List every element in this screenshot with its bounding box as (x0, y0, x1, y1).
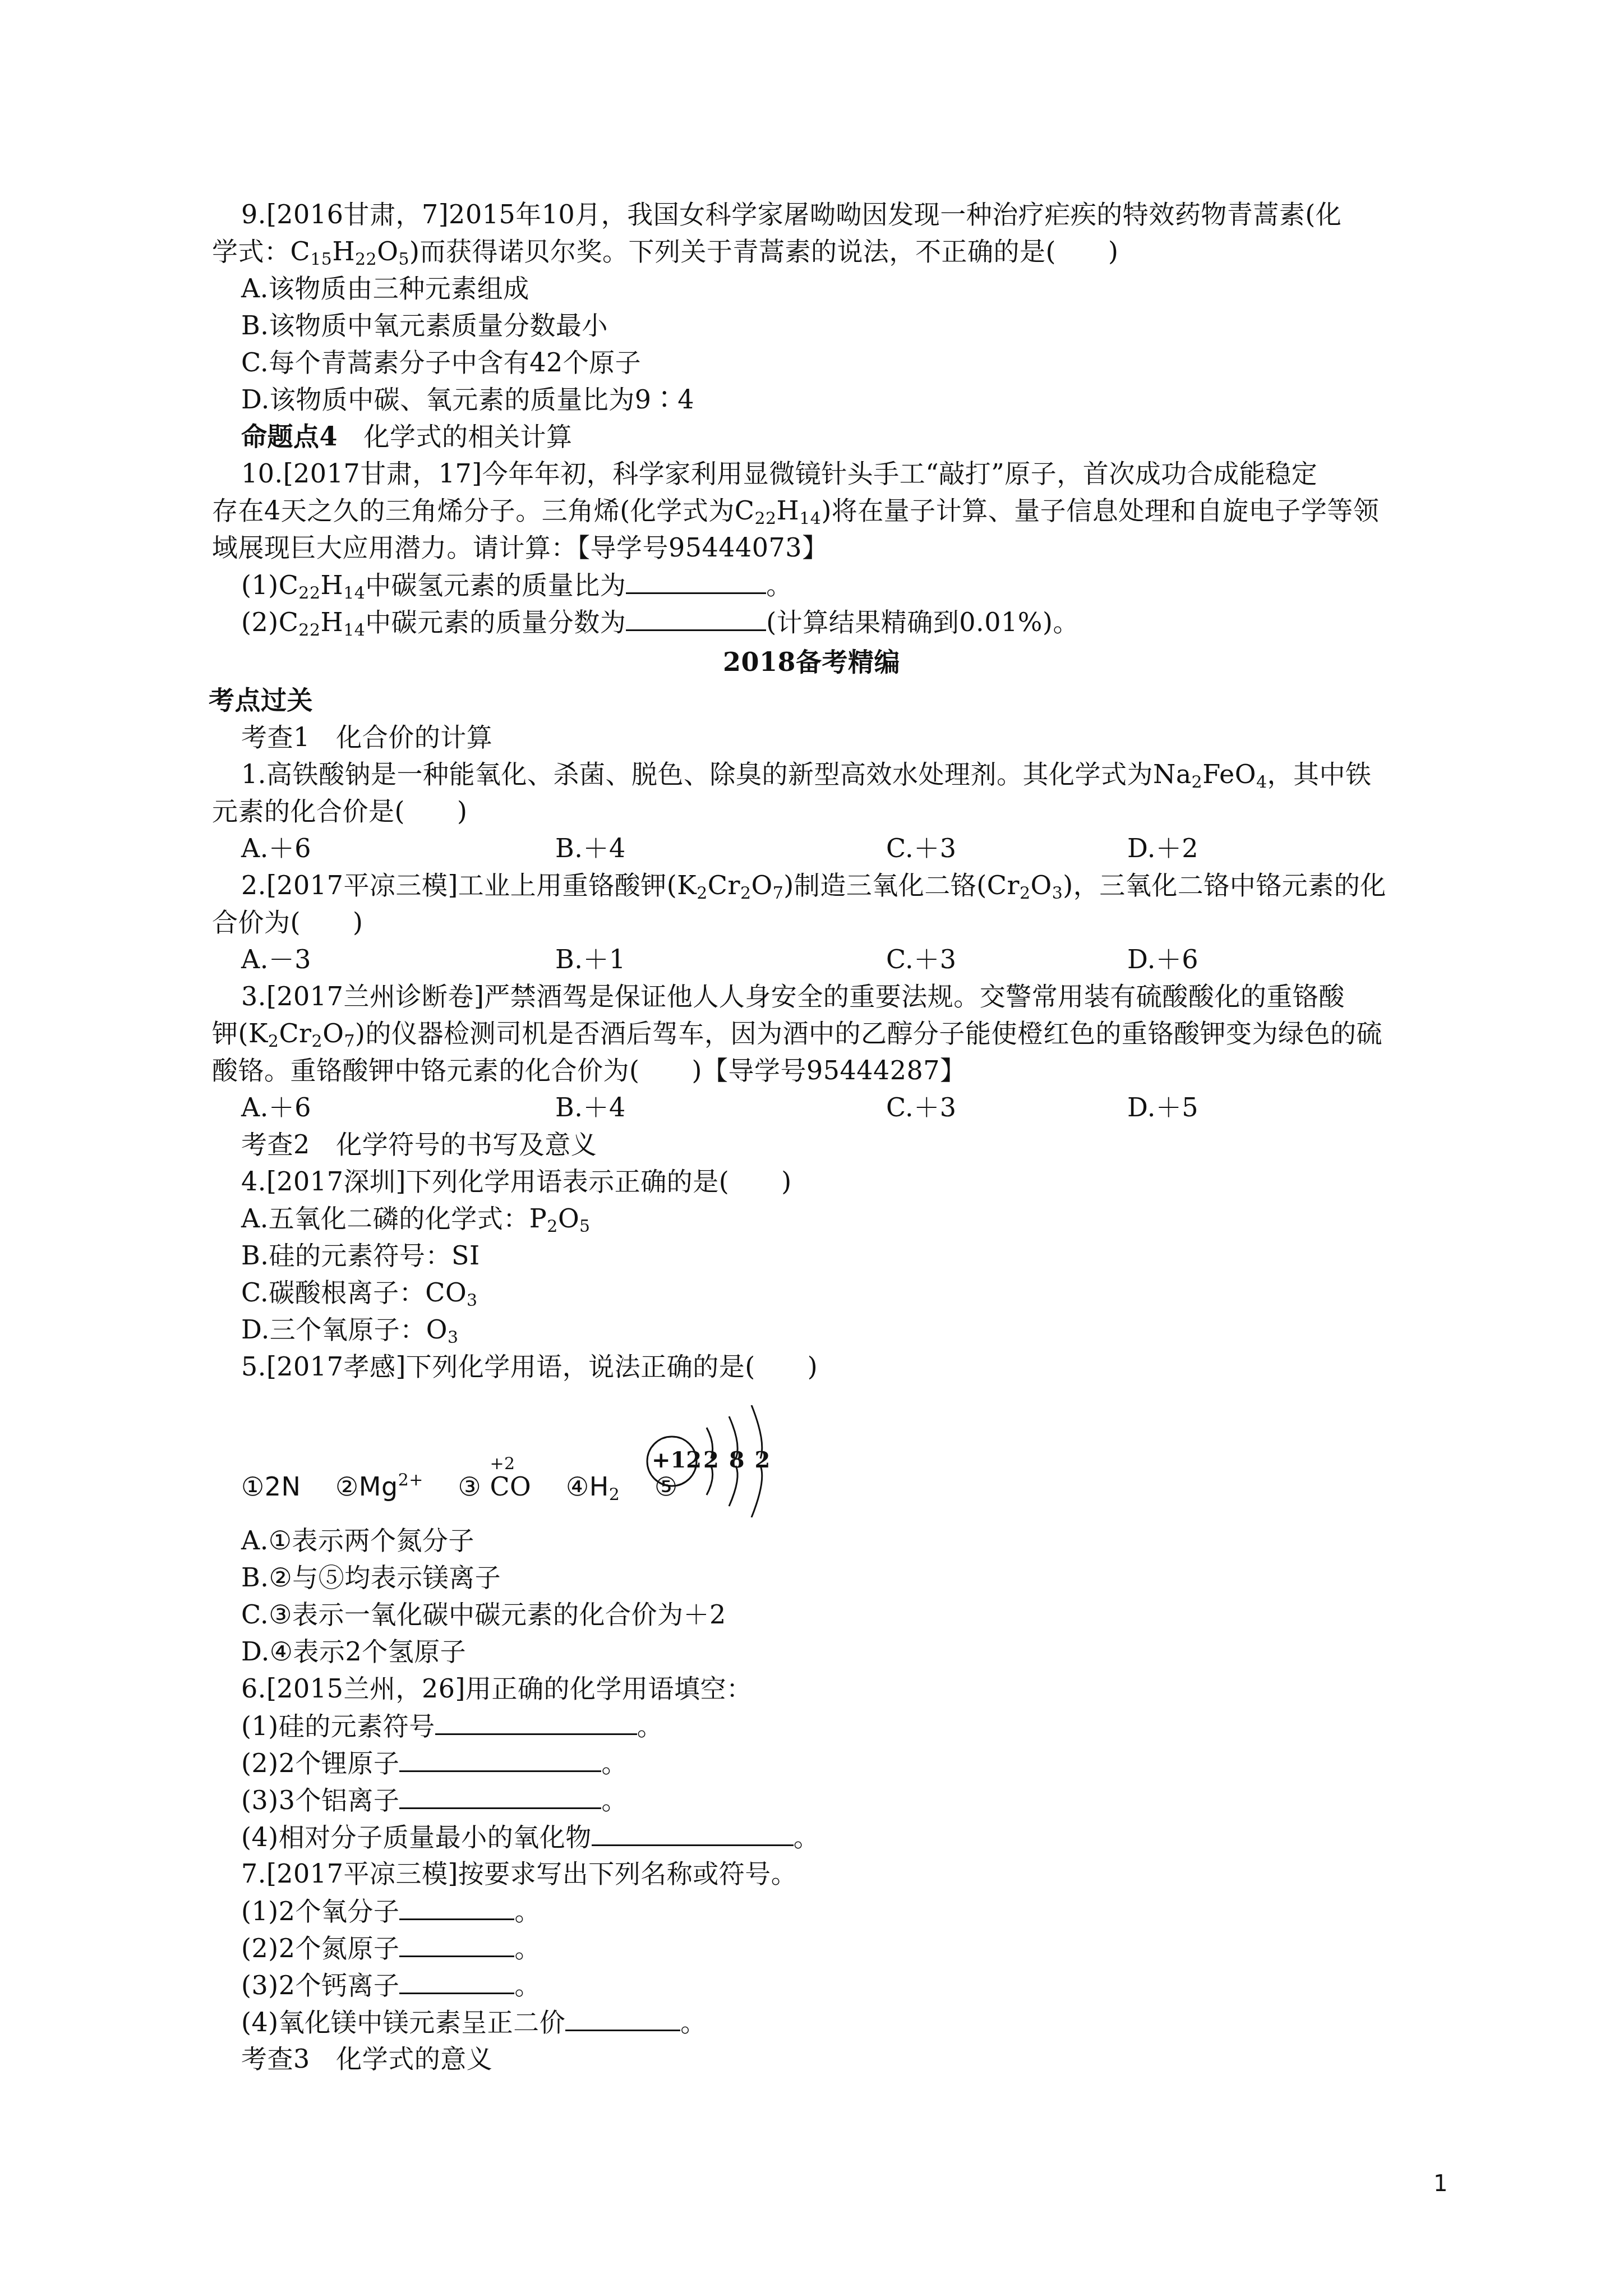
q5-item-2: ②Mg (335, 1471, 398, 1502)
subsection-title: 考点过关 (209, 683, 313, 717)
q4-text: A.五氧化二磷的化学式：P (241, 1203, 547, 1234)
subscript: 2 (697, 884, 708, 903)
answer-blank[interactable] (399, 1931, 514, 1957)
q6-text: 。 (601, 1748, 628, 1778)
q2-stem-line2: 合价为( ) (212, 905, 363, 939)
q3-option-b: B.＋4 (555, 1091, 626, 1124)
q9-text: 学式：C (212, 236, 310, 266)
q5-stem: 5.[2017孝感]下列化学用语，说法正确的是( ) (241, 1350, 818, 1383)
subscript: 3 (1052, 884, 1063, 903)
topic-heading-4: 命题点4 化学式的相关计算 (241, 420, 573, 453)
topic-label: 命题点4 (241, 421, 338, 452)
subscript: 22 (298, 583, 320, 603)
subscript: 5 (579, 1217, 591, 1236)
q6-item-4: (4)相对分子质量最小的氧化物。 (241, 1820, 819, 1854)
q2-text: )，三氧化二铬中铬元素的化 (1063, 870, 1386, 900)
q4-option-a: A.五氧化二磷的化学式：P2O5 (241, 1202, 591, 1235)
subscript: 14 (343, 583, 365, 603)
answer-blank[interactable] (399, 1746, 601, 1772)
subscript: 2 (547, 1217, 558, 1236)
q3-stem-line3: 酸铬。重铬酸钾中铬元素的化合价为( )【导学号95444287】 (212, 1053, 966, 1087)
subscript: 2 (1020, 884, 1031, 903)
q9-option-a: A.该物质由三种元素组成 (241, 272, 529, 305)
answer-blank[interactable] (565, 2005, 680, 2031)
q2-text: O (1031, 870, 1052, 900)
q7-text: 。 (514, 1896, 541, 1926)
q5-option-b: B.②与⑤均表示镁离子 (241, 1561, 501, 1594)
subscript: 15 (310, 250, 332, 269)
q3-option-d: D.＋5 (1127, 1091, 1198, 1124)
subscript: 2 (312, 1032, 323, 1051)
q5-items: ①2N ②Mg2+ ③ +2CO ④H2 ⑤ (241, 1470, 678, 1503)
atom-nucleus-charge: +12 (652, 1447, 702, 1473)
q7-text: (2)2个氮原子 (241, 1933, 399, 1963)
q1-option-d: D.＋2 (1127, 831, 1198, 865)
q7-text: 。 (514, 1970, 541, 2000)
q2-option-d: D.＋6 (1127, 942, 1198, 976)
q4-text: D.三个氧原子：O (241, 1314, 448, 1345)
subscript: 22 (298, 620, 320, 640)
q10-text: 中碳氢元素的质量比为 (365, 570, 626, 600)
subscript: 3 (467, 1291, 478, 1310)
q10-stem-line3: 域展现巨大应用潜力。请计算：【导学号95444073】 (212, 531, 828, 564)
exam-label: 考查2 (241, 1129, 310, 1159)
q7-item-2: (2)2个氮原子。 (241, 1931, 541, 1965)
subscript: 22 (355, 250, 377, 269)
q10-sub1: (1)C22H14中碳氢元素的质量比为。 (241, 568, 792, 602)
q6-item-1: (1)硅的元素符号。 (241, 1709, 663, 1743)
q7-item-4: (4)氧化镁中镁元素呈正二价。 (241, 2005, 707, 2039)
atom-electron-shells: 2 8 2 (703, 1447, 771, 1473)
subscript: 2 (740, 884, 751, 903)
q10-stem-line1: 10.[2017甘肃，17]今年年初，科学家利用显微镜针头手工“敲打”原子，首次… (241, 457, 1317, 490)
answer-blank[interactable] (399, 1783, 601, 1809)
exam-heading-3: 考查3 化学式的意义 (241, 2042, 492, 2076)
q3-text: Cr (279, 1018, 311, 1048)
q7-text: (1)2个氧分子 (241, 1896, 399, 1926)
answer-blank[interactable] (626, 605, 766, 631)
answer-blank[interactable] (592, 1820, 794, 1846)
subscript: 5 (398, 250, 409, 269)
q1-text: FeO (1202, 759, 1256, 789)
exam-label: 考查1 (241, 722, 310, 752)
q1-text: 1.高铁酸钠是一种能氧化、杀菌、脱色、除臭的新型高效水处理剂。其化学式为Na (241, 759, 1192, 789)
subscript: 2 (1192, 772, 1203, 792)
q1-stem-line1: 1.高铁酸钠是一种能氧化、杀菌、脱色、除臭的新型高效水处理剂。其化学式为Na2F… (241, 757, 1372, 791)
q1-option-a: A.＋6 (241, 831, 311, 865)
q5-option-c: C.③表示一氧化碳中碳元素的化合价为＋2 (241, 1598, 726, 1631)
q6-text: 。 (637, 1711, 663, 1741)
q10-text: (2)C (241, 607, 298, 637)
exam-heading-2: 考查2 化学符号的书写及意义 (241, 1128, 597, 1161)
q1-text: ，其中铁 (1267, 759, 1372, 789)
q2-text: )制造三氧化二铬(Cr (783, 870, 1020, 900)
q9-option-c: C.每个青蒿素分子中含有42个原子 (241, 346, 641, 379)
q6-text: (1)硅的元素符号 (241, 1711, 435, 1741)
q5-item-1: ①2N (241, 1471, 301, 1502)
q3-stem-line2: 钾(K2Cr2O7)的仪器检测司机是否酒后驾车，因为酒中的乙醇分子能使橙红色的重… (212, 1016, 1382, 1050)
q9-text: O (377, 236, 398, 266)
subscript: 4 (1256, 772, 1267, 792)
q6-text: (3)3个铝离子 (241, 1785, 399, 1815)
q5-item-4: ④H (566, 1471, 609, 1502)
subscript: 22 (754, 509, 776, 528)
subscript: 14 (799, 509, 821, 528)
q6-text: (4)相对分子质量最小的氧化物 (241, 1822, 592, 1852)
q7-text: 。 (680, 2007, 707, 2037)
subscript: 14 (343, 620, 365, 640)
subscript: 2 (609, 1485, 620, 1504)
subscript: 3 (448, 1328, 459, 1347)
q5-item-3: ③ (458, 1471, 482, 1502)
answer-blank[interactable] (435, 1709, 637, 1735)
q7-text: 。 (514, 1933, 541, 1963)
q4-stem: 4.[2017深圳]下列化学用语表示正确的是( ) (241, 1165, 792, 1198)
q4-option-b: B.硅的元素符号：SI (241, 1239, 480, 1272)
q6-text: 。 (601, 1785, 628, 1815)
answer-blank[interactable] (399, 1894, 514, 1920)
q9-text: )而获得诺贝尔奖。下列关于青蒿素的说法，不正确的是( ) (409, 236, 1118, 266)
q2-option-b: B.＋1 (555, 942, 626, 976)
q6-item-3: (3)3个铝离子。 (241, 1783, 628, 1817)
q1-stem-line2: 元素的化合价是( ) (212, 794, 467, 828)
q2-option-c: C.＋3 (886, 942, 956, 976)
answer-blank[interactable] (626, 568, 766, 594)
q10-text: H (321, 570, 344, 600)
q3-text: 钾(K (212, 1018, 268, 1048)
q10-text: H (777, 495, 800, 526)
q10-text: 。 (766, 570, 792, 600)
q9-text: 9.[2016甘肃，7]2015年10月，我国女科学家屠呦呦因发现一种治疗疟疾的… (241, 199, 1341, 229)
q4-text: C.碳酸根离子：CO (241, 1277, 467, 1308)
q7-text: (4)氧化镁中镁元素呈正二价 (241, 2007, 565, 2037)
exam-label: 考查3 (241, 2044, 310, 2074)
q10-text: 存在4天之久的三角烯分子。三角烯(化学式为C (212, 495, 754, 526)
q9-text: H (332, 236, 355, 266)
q3-text: )的仪器检测司机是否酒后驾车，因为酒中的乙醇分子能使橙红色的重铬酸钾变为绿色的硫 (355, 1018, 1382, 1048)
q2-stem-line1: 2.[2017平凉三模]工业上用重铬酸钾(K2Cr2O7)制造三氧化二铬(Cr2… (241, 868, 1386, 902)
exam-title: 化学符号的书写及意义 (336, 1129, 597, 1159)
q9-option-b: B.该物质中氧元素质量分数最小 (241, 309, 608, 342)
q6-stem: 6.[2015兰州，26]用正确的化学用语填空： (241, 1672, 752, 1705)
q10-text: )将在量子计算、量子信息处理和自旋电子学等领 (821, 495, 1379, 526)
q5-item-5: ⑤ (654, 1471, 678, 1502)
q9-option-d: D.该物质中碳、氧元素的质量比为9∶4 (241, 383, 694, 416)
q10-sub2: (2)C22H14中碳元素的质量分数为(计算结果精确到0.01%)。 (241, 605, 1079, 639)
section-title: 2018备考精编 (0, 645, 1623, 679)
subscript: 2 (268, 1032, 279, 1051)
q3-option-c: C.＋3 (886, 1091, 956, 1124)
answer-blank[interactable] (399, 1968, 514, 1994)
q4-option-d: D.三个氧原子：O3 (241, 1313, 459, 1346)
q10-text: 中碳元素的质量分数为 (365, 607, 626, 637)
co-with-valence: +2CO (490, 1470, 531, 1503)
q10-text: (计算结果精确到0.01%)。 (766, 607, 1079, 637)
q9-stem-line1: 9.[2016甘肃，7]2015年10月，我国女科学家屠呦呦因发现一种治疗疟疾的… (241, 197, 1341, 231)
q2-option-a: A.－3 (241, 942, 311, 976)
exam-title: 化合价的计算 (336, 722, 492, 752)
q10-text: (1)C (241, 570, 298, 600)
q5-option-a: A.①表示两个氮分子 (241, 1524, 474, 1557)
q3-text: O (322, 1018, 344, 1048)
subscript: 7 (344, 1032, 355, 1051)
exam-heading-1: 考查1 化合价的计算 (241, 720, 492, 754)
q7-stem: 7.[2017平凉三模]按要求写出下列名称或符号。 (241, 1857, 797, 1890)
q6-item-2: (2)2个锂原子。 (241, 1746, 628, 1780)
q1-option-b: B.＋4 (555, 831, 626, 865)
valence-mark: +2 (490, 1447, 515, 1481)
q7-item-1: (1)2个氧分子。 (241, 1894, 541, 1928)
q3-option-a: A.＋6 (241, 1091, 311, 1124)
q10-text: H (321, 607, 344, 637)
q6-text: 。 (794, 1822, 820, 1852)
subscript: 7 (773, 884, 784, 903)
q4-option-c: C.碳酸根离子：CO3 (241, 1276, 478, 1309)
q2-text: 2.[2017平凉三模]工业上用重铬酸钾(K (241, 870, 697, 900)
q2-text: O (751, 870, 773, 900)
q2-text: Cr (708, 870, 740, 900)
superscript: 2+ (398, 1470, 423, 1490)
q10-stem-line2: 存在4天之久的三角烯分子。三角烯(化学式为C22H14)将在量子计算、量子信息处… (212, 494, 1379, 527)
q6-text: (2)2个锂原子 (241, 1748, 399, 1778)
page-number: 1 (1433, 2171, 1447, 2197)
exam-title: 化学式的意义 (336, 2044, 492, 2074)
q5-option-d: D.④表示2个氢原子 (241, 1635, 466, 1668)
q1-option-c: C.＋3 (886, 831, 956, 865)
q7-item-3: (3)2个钙离子。 (241, 1968, 541, 2002)
q4-text: O (558, 1203, 579, 1234)
topic-title: 化学式的相关计算 (364, 421, 573, 452)
q7-text: (3)2个钙离子 (241, 1970, 399, 2000)
q3-stem-line1: 3.[2017兰州诊断卷]严禁酒驾是保证他人人身安全的重要法规。交警常用装有硫酸… (241, 979, 1345, 1013)
q9-stem-line2: 学式：C15H22O5)而获得诺贝尔奖。下列关于青蒿素的说法，不正确的是( ) (212, 234, 1118, 268)
